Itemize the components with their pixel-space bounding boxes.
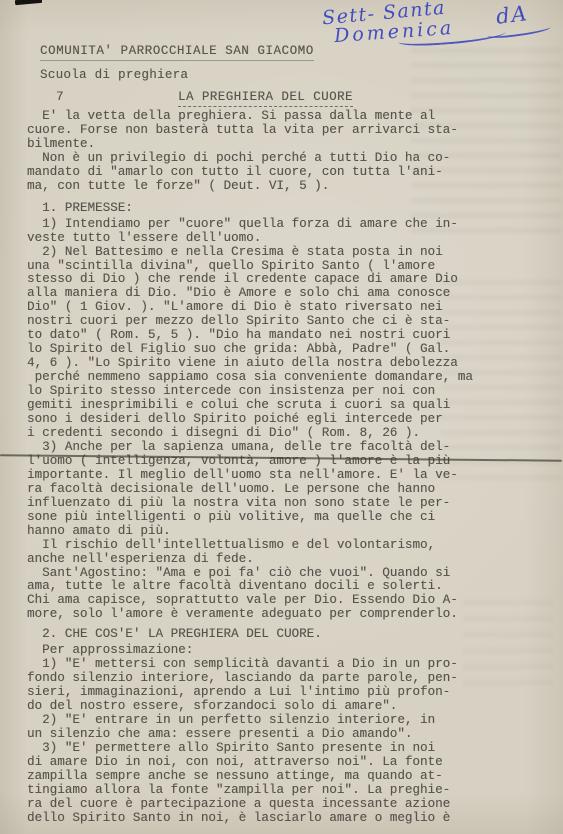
paragraph-definizione-2: 2) "E' entrare in un perfetto silenzio i… (27, 714, 543, 742)
paragraph-definizione-1: 1) "E' mettersi con semplicità davanti a… (27, 658, 543, 714)
paragraph-rischio: Il rischio dell'intellettualismo e del v… (27, 539, 543, 567)
paragraph-sant-agostino: Sant'Agostino: "Ama e poi fa' ciò che vu… (27, 567, 543, 623)
scanned-page: Sett- Santa Domenica dA COMUNITA' PARROC… (0, 0, 563, 834)
section-heading-premesse: 1. PREMESSE: (27, 202, 543, 216)
section-heading-che-cose: 2. CHE COS'E' LA PREGHIERA DEL CUORE. (27, 628, 543, 642)
scan-edge-mark (15, 0, 42, 5)
organization-name: COMUNITA' PARROCCHIALE SAN GIACOMO (40, 44, 314, 61)
document-subtitle: Scuola di preghiera (40, 68, 188, 82)
page-number: 7 (56, 90, 64, 104)
paragraph-premesse-3-wrap: 3) Anche per la sapienza umana, delle tr… (27, 441, 543, 539)
paragraph-intro-2: Non è un privilegio di pochi perché a tu… (27, 152, 543, 194)
handwritten-corner-mark: dA (495, 1, 530, 29)
paragraph-premesse-2: 2) Nel Battesimo e nella Cresima è stata… (27, 246, 543, 441)
paragraph-definizione-3: 3) "E' permettere allo Spirito Santo pre… (27, 742, 543, 826)
document-title: LA PREGHIERA DEL CUORE (178, 90, 353, 107)
paragraph-intro-1: E' la vetta della preghiera. Si passa da… (27, 110, 543, 152)
paragraph-premesse-1: 1) Intendiamo per "cuore" quella forza d… (27, 218, 543, 246)
paragraph-approssimazione: Per approssimazione: (27, 644, 543, 658)
document-body: E' la vetta della preghiera. Si passa da… (27, 110, 543, 826)
